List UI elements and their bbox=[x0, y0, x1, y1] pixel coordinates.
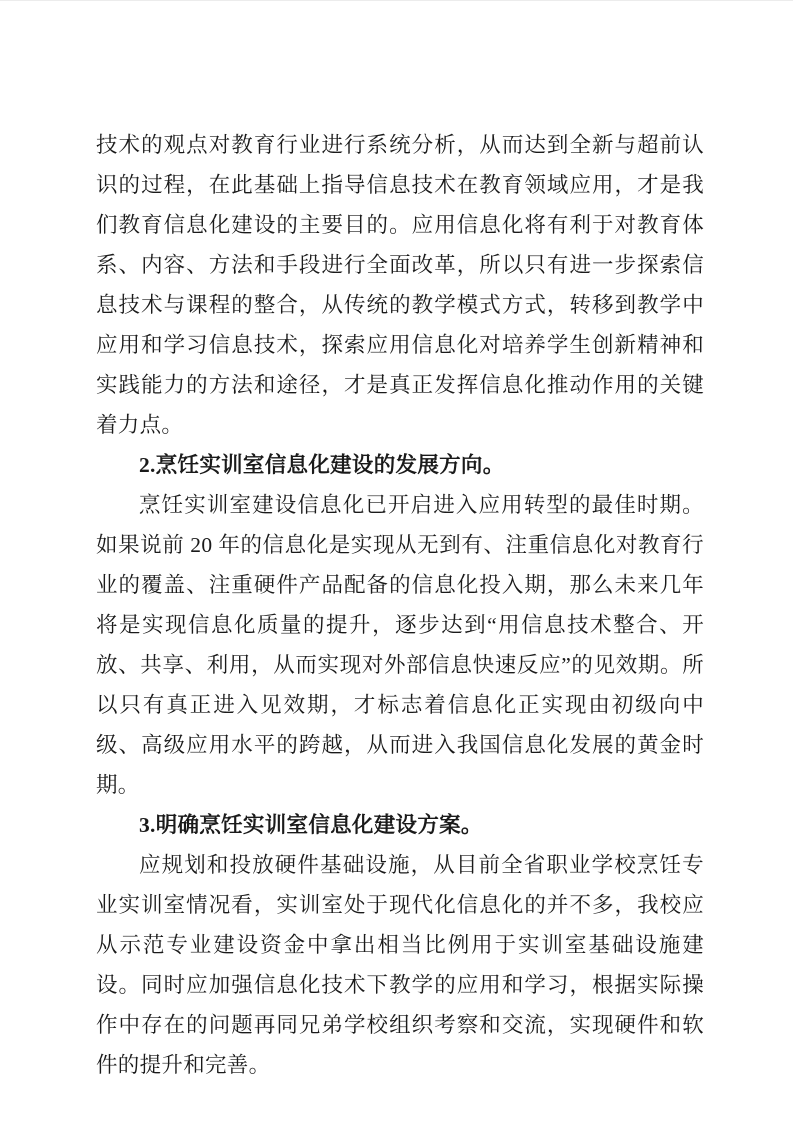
body-paragraph: 烹饪实训室建设信息化已开启进入应用转型的最佳时期。如果说前 20 年的信息化是实… bbox=[96, 485, 704, 805]
section-heading: 3.明确烹饪实训室信息化建设方案。 bbox=[96, 805, 704, 845]
body-paragraph: 技术的观点对教育行业进行系统分析，从而达到全新与超前认识的过程，在此基础上指导信… bbox=[96, 125, 704, 445]
document-body: 技术的观点对教育行业进行系统分析，从而达到全新与超前认识的过程，在此基础上指导信… bbox=[96, 125, 704, 1085]
body-paragraph: 应规划和投放硬件基础设施，从目前全省职业学校烹饪专业实训室情况看，实训室处于现代… bbox=[96, 845, 704, 1085]
section-heading: 2.烹饪实训室信息化建设的发展方向。 bbox=[96, 445, 704, 485]
document-page: 技术的观点对教育行业进行系统分析，从而达到全新与超前认识的过程，在此基础上指导信… bbox=[0, 0, 793, 1122]
